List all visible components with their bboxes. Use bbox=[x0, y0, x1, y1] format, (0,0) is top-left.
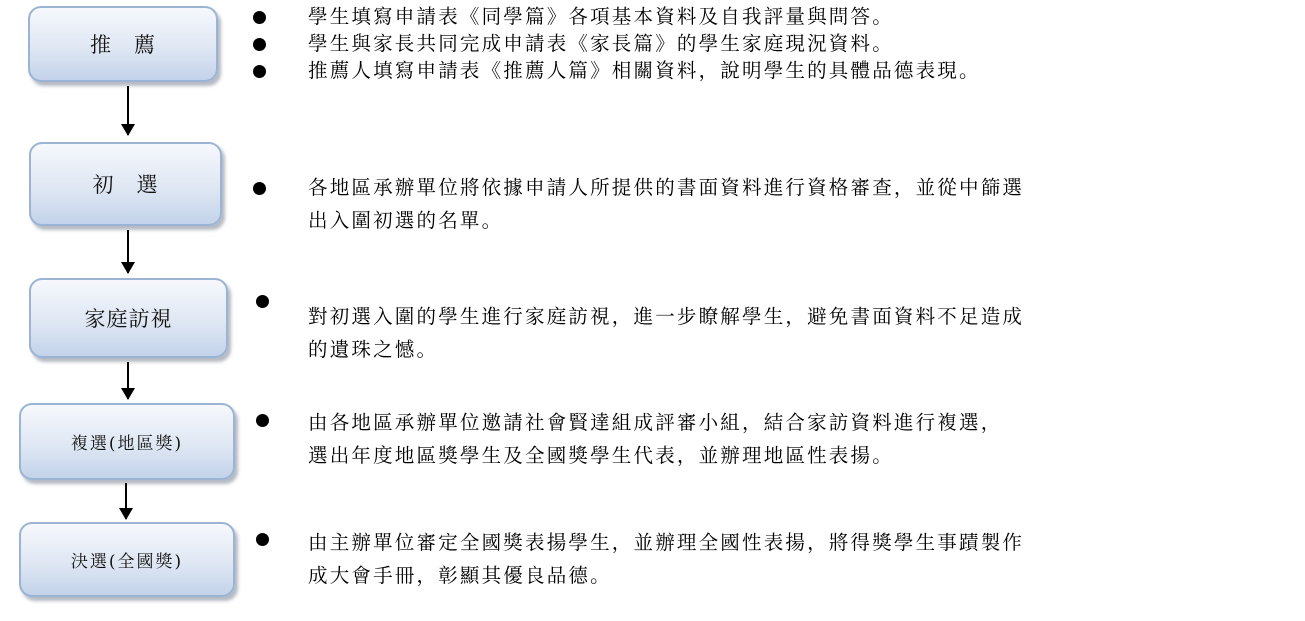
step-description: 推薦人填寫申請表《推薦人篇》相關資料，說明學生的具體品德表現。 bbox=[308, 55, 981, 87]
step-box-recommend: 推 薦 bbox=[28, 6, 218, 82]
step-box-second-round: 複選(地區獎) bbox=[19, 403, 235, 480]
bullet-icon bbox=[256, 533, 269, 546]
step-box-home-visit: 家庭訪視 bbox=[29, 278, 228, 358]
bullet-icon bbox=[253, 11, 266, 24]
step-description: 由主辦單位審定全國獎表揚學生，並辦理全國性表揚，將得獎學生事蹟製作 bbox=[308, 527, 1024, 559]
bullet-icon bbox=[253, 38, 266, 51]
bullet-icon bbox=[253, 65, 266, 78]
step-description: 成大會手冊，彰顯其優良品德。 bbox=[308, 560, 612, 592]
bullet-icon bbox=[256, 414, 269, 427]
arrow-down-icon bbox=[125, 483, 127, 519]
step-label: 決選(全國獎) bbox=[71, 547, 183, 572]
step-box-final-round: 決選(全國獎) bbox=[19, 522, 235, 597]
step-box-preliminary: 初 選 bbox=[29, 142, 222, 226]
step-description: 出入圍初選的名單。 bbox=[308, 205, 503, 237]
step-description: 由各地區承辦單位邀請社會賢達組成評審小組，結合家訪資料進行複選， bbox=[308, 407, 1002, 439]
step-description: 各地區承辦單位將依據申請人所提供的書面資料進行資格審查，並從中篩選 bbox=[308, 172, 1024, 204]
step-description: 選出年度地區獎學生及全國獎學生代表，並辦理地區性表揚。 bbox=[308, 440, 894, 472]
bullet-icon bbox=[253, 182, 266, 195]
arrow-down-icon bbox=[127, 230, 129, 273]
bullet-icon bbox=[256, 295, 269, 308]
step-description: 的遺珠之憾。 bbox=[308, 334, 438, 366]
arrow-down-icon bbox=[127, 362, 129, 399]
step-label: 推 薦 bbox=[90, 29, 156, 59]
arrow-down-icon bbox=[127, 86, 129, 135]
step-label: 複選(地區獎) bbox=[71, 429, 183, 454]
step-label: 家庭訪視 bbox=[85, 303, 173, 333]
step-label: 初 選 bbox=[93, 169, 159, 199]
step-description: 對初選入圍的學生進行家庭訪視，進一步瞭解學生，避免書面資料不足造成 bbox=[308, 301, 1024, 333]
